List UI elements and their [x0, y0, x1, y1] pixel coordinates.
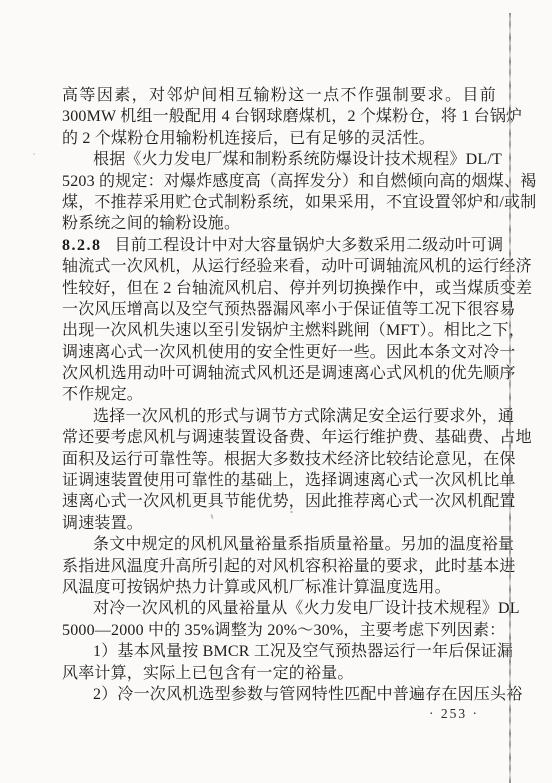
scanned-document-page: 高等因素，对邻炉间相互输粉这一点不作强制要求。目前 300MW 机组一般配用 4…	[0, 0, 552, 783]
text-line: 粉系统之间的输粉设施。	[62, 213, 496, 234]
scan-speck	[161, 487, 163, 490]
text-line: 风率计算，实际上已包含有一定的裕量。	[62, 663, 496, 684]
text-line: 根据《火力发电厂煤和制粉系统防爆设计技术规程》DL/T	[62, 149, 496, 170]
text-line: 选择一次风机的形式与调节方式除满足安全运行要求外，通	[62, 406, 496, 427]
text-line: 300MW 机组一般配用 4 台钢球磨煤机，2 个煤粉仓，将 1 台锅炉	[62, 106, 496, 127]
text-line: 对冷一次风机的风量裕量从《火力发电厂设计技术规程》DL	[62, 598, 496, 619]
section-text: 目前工程设计中对大容量锅炉大多数采用二级动叶可调	[115, 237, 504, 254]
scan-artifact-line	[509, 13, 511, 783]
text-line: 调速离心式一次风机使用的安全性更好一些。因此本条文对冷一	[62, 342, 496, 363]
text-line: 次风机选用动叶可调轴流式风机还是调速离心式风机的优先顺序	[62, 363, 496, 384]
text-line: 面积及运行可靠性等。根据大多数技术经济比较结论意见，在保	[62, 449, 496, 470]
text-line: 一次风压增高以及空气预热器漏风率小于保证值等工况下很容易	[62, 299, 496, 320]
text-line: 5000—2000 中的 35%调整为 20%～30%，主要考虑下列因素：	[62, 620, 496, 641]
text-line: 风温度可按锅炉热力计算或风机厂标准计算温度选用。	[62, 577, 496, 598]
scan-speck	[33, 153, 35, 155]
text-line: 出现一次风机失速以至引发锅炉主燃料跳闸（MFT）。相比之下，	[62, 320, 496, 341]
text-line: 证调速装置使用可靠性的基础上，选择调速离心式一次风机比单	[62, 470, 496, 491]
section-heading-line: 8.2.8目前工程设计中对大容量锅炉大多数采用二级动叶可调	[62, 235, 496, 256]
text-line: 5203 的规定：对爆炸感度高（高挥发分）和自燃倾向高的烟煤、褐	[62, 171, 496, 192]
text-line: 性较好，但在 2 台轴流风机启、停并列切换操作中，或当煤质变差	[62, 278, 496, 299]
text-line: 高等因素，对邻炉间相互输粉这一点不作强制要求。目前	[62, 85, 496, 106]
text-line: 1）基本风量按 BMCR 工况及空气预热器运行一年后保证漏	[62, 641, 496, 662]
text-line: 调速装置。	[62, 513, 496, 534]
page-number: · 253 ·	[429, 706, 479, 722]
text-line: 2）冷一次风机选型参数与管网特性匹配中普遍存在因压头裕	[62, 684, 496, 705]
section-number: 8.2.8	[62, 237, 102, 254]
text-line: 轴流式一次风机，从运行经验来看，动叶可调轴流风机的运行经济	[62, 256, 496, 277]
text-line: 速离心式一次风机更具节能优势，因此推荐离心式一次风机配置	[62, 491, 496, 512]
text-line: 系指进风温度升高所引起的对风机容积裕量的要求，此时基本进	[62, 556, 496, 577]
text-line: 不作规定。	[62, 384, 496, 405]
text-line: 条文中规定的风机风量裕量系指质量裕量。另加的温度裕量	[62, 534, 496, 555]
text-line: 常还要考虑风机与调速装置设备费、年运行维护费、基础费、占地	[62, 427, 496, 448]
scan-speck	[409, 246, 411, 248]
text-line: 煤，不推荐采用贮仓式制粉系统，如果采用，不宜设置邻炉和/或制	[62, 192, 496, 213]
scan-speck	[290, 511, 293, 513]
text-line: 的 2 个煤粉仓用输粉机连接后，已有足够的灵活性。	[62, 128, 496, 149]
text-body: 高等因素，对邻炉间相互输粉这一点不作强制要求。目前 300MW 机组一般配用 4…	[62, 85, 496, 705]
